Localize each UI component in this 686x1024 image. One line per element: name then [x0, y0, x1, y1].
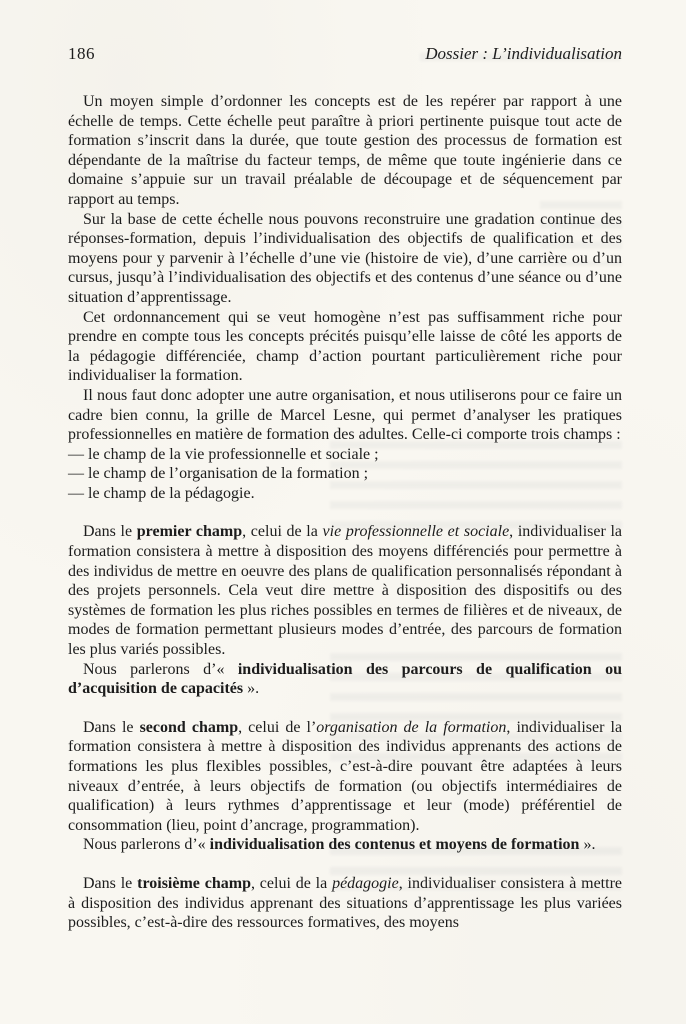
page-number: 186	[68, 44, 95, 64]
paragraph: Dans le troisième champ, celui de la péd…	[68, 874, 622, 933]
list-item: — le champ de la vie professionnelle et …	[68, 445, 622, 465]
list-item: — le champ de la pédagogie.	[68, 484, 622, 504]
paragraph: Cet ordonnancement qui se veut homogène …	[68, 308, 622, 386]
scanned-document-page: 186 Dossier : L’individualisation Un moy…	[0, 0, 686, 1024]
paragraph: Nous parlerons d’« individualisation des…	[68, 660, 622, 699]
running-head-title: Dossier : L’individualisation	[425, 44, 622, 64]
paragraph: Un moyen simple d’ordonner les concepts …	[68, 92, 622, 210]
paragraph: Nous parlerons d’« individualisation des…	[68, 835, 622, 855]
page-body: Un moyen simple d’ordonner les concepts …	[68, 92, 622, 933]
paragraph: Sur la base de cette échelle nous pouvon…	[68, 210, 622, 308]
paragraph: Dans le premier champ, celui de la vie p…	[68, 522, 622, 659]
list-item: — le champ de l’organisation de la forma…	[68, 464, 622, 484]
paragraph: Il nous faut donc adopter une autre orga…	[68, 386, 622, 445]
paragraph: Dans le second champ, celui de l’organis…	[68, 718, 622, 836]
running-header: 186 Dossier : L’individualisation	[68, 44, 622, 64]
text-blocks: Un moyen simple d’ordonner les concepts …	[68, 92, 622, 933]
